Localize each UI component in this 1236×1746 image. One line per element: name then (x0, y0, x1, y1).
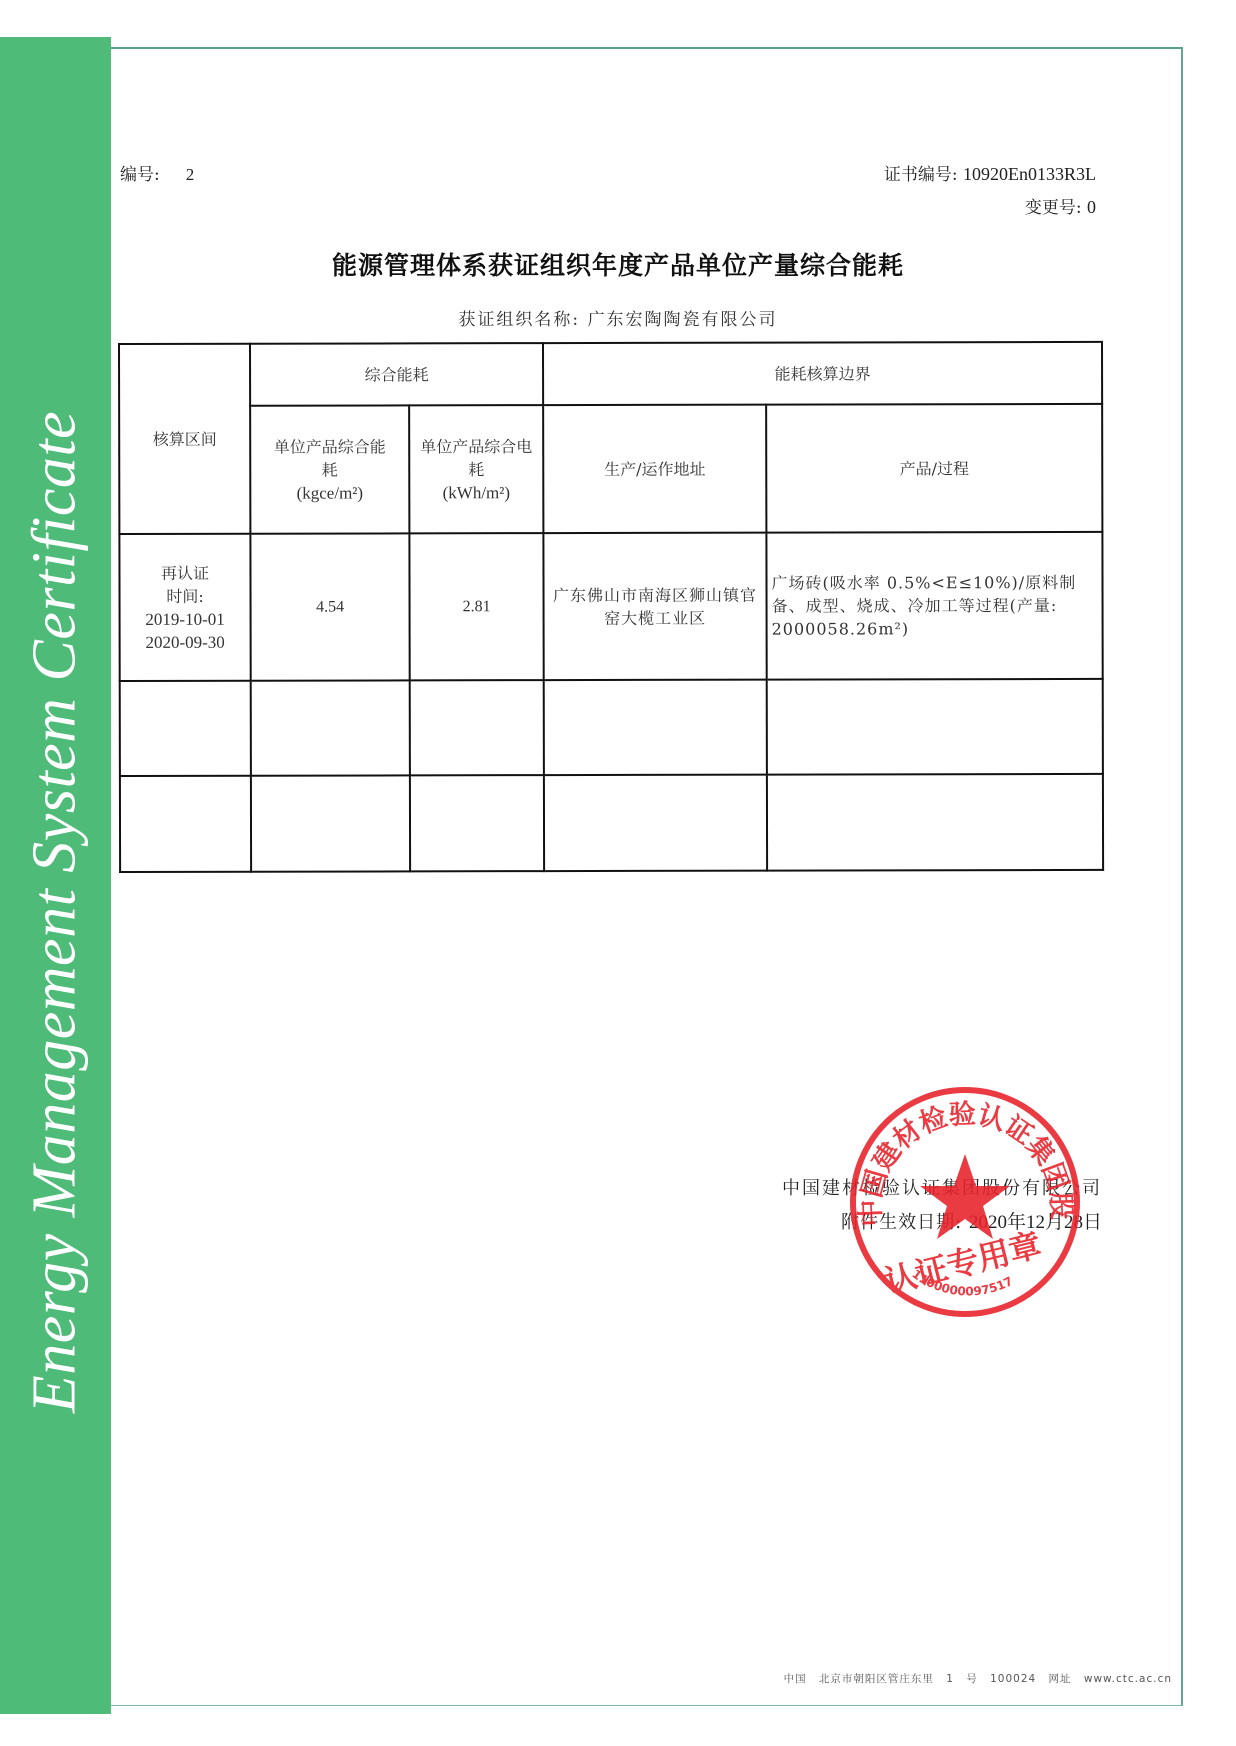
vertical-certificate-title: Energy Management System Certificate (20, 411, 91, 1413)
organization-label: 获证组织名称: (458, 310, 580, 330)
effective-date-label: 附件生效日期: (841, 1212, 962, 1233)
row-process (767, 679, 1103, 775)
organization-line: 获证组织名称: 广东宏陶陶瓷有限公司 (0, 305, 1236, 330)
header-unit-electric-unit: (kWh/m²) (414, 481, 538, 504)
row-energy-value: 4.54 (250, 533, 409, 680)
row-site (544, 775, 767, 871)
row-electric-value (410, 680, 544, 775)
header-unit-energy-title: 单位产品综合能耗 (255, 435, 404, 481)
row-period-label2: 时间: (125, 584, 246, 607)
row-process (767, 774, 1103, 871)
certificate-number-label: 证书编号: (884, 165, 958, 185)
row-period: 再认证 时间: 2019-10-01 2020-09-30 (119, 534, 250, 681)
header-boundary-group: 能耗核算边界 (543, 342, 1102, 405)
certificate-side-band: Energy Management System Certificate (0, 37, 111, 1714)
change-number-label: 变更号: (1025, 198, 1082, 218)
issuer-name: 中国建材检验认证集团股份有限公司 (782, 1174, 1102, 1200)
effective-date: 附件生效日期: 2020年12月28日 (841, 1207, 1102, 1234)
row-period-end: 2020-09-30 (125, 630, 246, 653)
effective-date-value: 2020年12月28日 (969, 1212, 1102, 1233)
serial-value: 2 (186, 165, 195, 184)
table-row (120, 679, 1103, 776)
row-period-start: 2019-10-01 (125, 607, 246, 630)
certificate-number-value: 10920En0133R3L (963, 164, 1096, 184)
header-process: 产品/过程 (766, 404, 1102, 533)
row-period-label: 再认证 (124, 561, 245, 584)
serial-number: 编号:2 (120, 160, 194, 185)
serial-label: 编号: (120, 165, 160, 185)
header-unit-electric-title: 单位产品综合电耗 (414, 435, 538, 481)
row-electric-value: 2.81 (409, 533, 543, 680)
row-period (120, 776, 251, 872)
change-number-value: 0 (1087, 197, 1096, 217)
table-row: 再认证 时间: 2019-10-01 2020-09-30 4.54 2.81 … (119, 532, 1102, 681)
footer-address: 中国 北京市朝阳区管庄东里 1 号 100024 网址 www.ctc.ac.c… (784, 1671, 1172, 1686)
page-frame (111, 47, 1183, 1706)
certificate-number: 证书编号: 10920En0133R3L (884, 160, 1096, 185)
header-energy-group: 综合能耗 (250, 343, 543, 406)
row-electric-value (410, 775, 544, 871)
change-number: 变更号: 0 (1025, 193, 1096, 218)
header-unit-energy-unit: (kgce/m²) (255, 481, 404, 504)
organization-name: 广东宏陶陶瓷有限公司 (588, 310, 778, 330)
table-header-row-1: 核算区间 综合能耗 能耗核算边界 (119, 342, 1102, 406)
row-energy-value (251, 775, 410, 871)
row-site (544, 680, 767, 775)
header-unit-energy: 单位产品综合能耗 (kgce/m²) (250, 405, 409, 533)
header-site: 生产/运作地址 (543, 405, 766, 533)
row-period (120, 681, 251, 776)
document-title: 能源管理体系获证组织年度产品单位产量综合能耗 (0, 246, 1236, 282)
row-energy-value (251, 680, 410, 775)
energy-consumption-table: 核算区间 综合能耗 能耗核算边界 单位产品综合能耗 (kgce/m²) 单位产品… (118, 341, 1104, 873)
table-header-row-2: 单位产品综合能耗 (kgce/m²) 单位产品综合电耗 (kWh/m²) 生产/… (119, 404, 1102, 534)
row-process: 广场砖(吸水率 0.5%<E≤10%)/原料制备、成型、烧成、冷加工等过程(产量… (766, 532, 1102, 680)
table-row (120, 774, 1103, 872)
row-site: 广东佛山市南海区狮山镇官窑大榄工业区 (543, 533, 766, 680)
header-unit-electric: 单位产品综合电耗 (kWh/m²) (409, 405, 543, 533)
header-period: 核算区间 (119, 344, 250, 534)
